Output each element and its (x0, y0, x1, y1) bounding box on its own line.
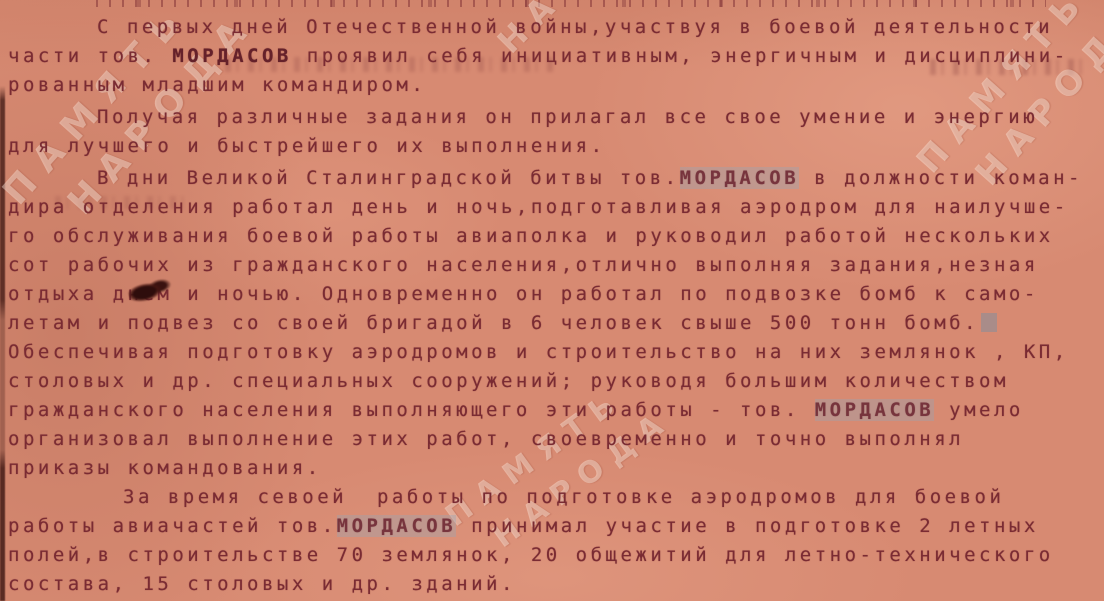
text-segment: Обеспечивая подготовку аэродромов и стро… (8, 341, 1069, 363)
text-line: В дни Великой Сталинградской битвы тов.М… (8, 164, 1104, 193)
text-segment: столовых и др. специальных сооружений; р… (8, 370, 1009, 392)
text-segment: рованным младшим командиром. (8, 74, 426, 96)
text-segment: сот рабочих из гражданского населения,от… (8, 254, 1039, 276)
text-line: приказы командования. (8, 454, 1104, 483)
cut-off-text-line (96, 0, 1046, 7)
text-segment: проявил себя инициативным, энергичным и … (292, 45, 1069, 67)
text-line: полей,в строительстве 70 землянок, 20 об… (8, 541, 1104, 570)
text-line: Обеспечивая подготовку аэродромов и стро… (8, 338, 1104, 367)
text-line: части тов. МОРДАСОВ проявил себя инициат… (8, 42, 1104, 71)
text-segment: принимал участие в подготовке 2 летных (456, 515, 1039, 537)
text-line: летам и подвез со своей бригадой в 6 чел… (8, 309, 1104, 338)
text-lines: С первых дней Отечественной войны,участв… (8, 13, 1104, 599)
highlighted-surname: МОРДАСОВ (337, 515, 457, 537)
text-line: дира отделения работал день и ночь,подго… (8, 193, 1104, 222)
text-segment: го обслуживания боевой работы авиаполка … (8, 225, 1054, 247)
text-line: сот рабочих из гражданского населения,от… (8, 251, 1104, 280)
text-segment: Получая различные задания он прилагал вс… (97, 106, 1038, 128)
scan-artifact-box (981, 313, 997, 332)
text-segment: в должности коман- (799, 167, 1083, 189)
scan-edge-shadow (0, 0, 5, 601)
text-line: столовых и др. специальных сооружений; р… (8, 367, 1104, 396)
highlighted-surname: МОРДАСОВ (680, 167, 800, 189)
text-segment: умело (934, 399, 1024, 421)
text-segment: дира отделения работал день и ночь,подго… (8, 196, 1069, 218)
text-segment: С первых дней Отечественной войны,участв… (97, 16, 1053, 38)
text-segment: гражданского населения выполняющего эти … (8, 399, 815, 421)
text-line: го обслуживания боевой работы авиаполка … (8, 222, 1104, 251)
highlighted-surname: МОРДАСОВ (172, 45, 292, 67)
text-line: За время севоей работы по подготовке аэр… (8, 483, 1104, 512)
text-segment: полей,в строительстве 70 землянок, 20 об… (8, 544, 1054, 566)
text-segment: приказы командования. (8, 457, 322, 479)
highlighted-surname: МОРДАСОВ (815, 399, 935, 421)
text-line: С первых дней Отечественной войны,участв… (8, 13, 1104, 42)
text-line: работы авиачастей тов.МОРДАСОВ принимал … (8, 512, 1104, 541)
text-segment: организовал выполнение этих работ, своев… (8, 428, 964, 450)
text-segment: для лучшего и быстрейшего их выполнения. (8, 135, 606, 157)
text-segment: работы авиачастей тов. (8, 515, 337, 537)
text-segment: состава, 15 столовых и др. зданий. (8, 573, 516, 595)
text-segment: В дни Великой Сталинградской битвы тов. (97, 167, 680, 189)
text-segment: За время севоей работы по подготовке аэр… (123, 486, 1004, 508)
text-line: рованным младшим командиром. (8, 71, 1104, 100)
text-line: состава, 15 столовых и др. зданий. (8, 570, 1104, 599)
text-segment: части тов. (8, 45, 172, 67)
document-scan: НАРОДА ПАМЯТЬ НАРОДА ПАМЯТЬ НАРОДА ПАМЯТ… (0, 0, 1104, 601)
text-line: для лучшего и быстрейшего их выполнения. (8, 132, 1104, 161)
text-segment: летам и подвез со своей бригадой в 6 чел… (8, 312, 979, 334)
text-line: Получая различные задания он прилагал вс… (8, 103, 1104, 132)
text-line: гражданского населения выполняющего эти … (8, 396, 1104, 425)
text-line: организовал выполнение этих работ, своев… (8, 425, 1104, 454)
